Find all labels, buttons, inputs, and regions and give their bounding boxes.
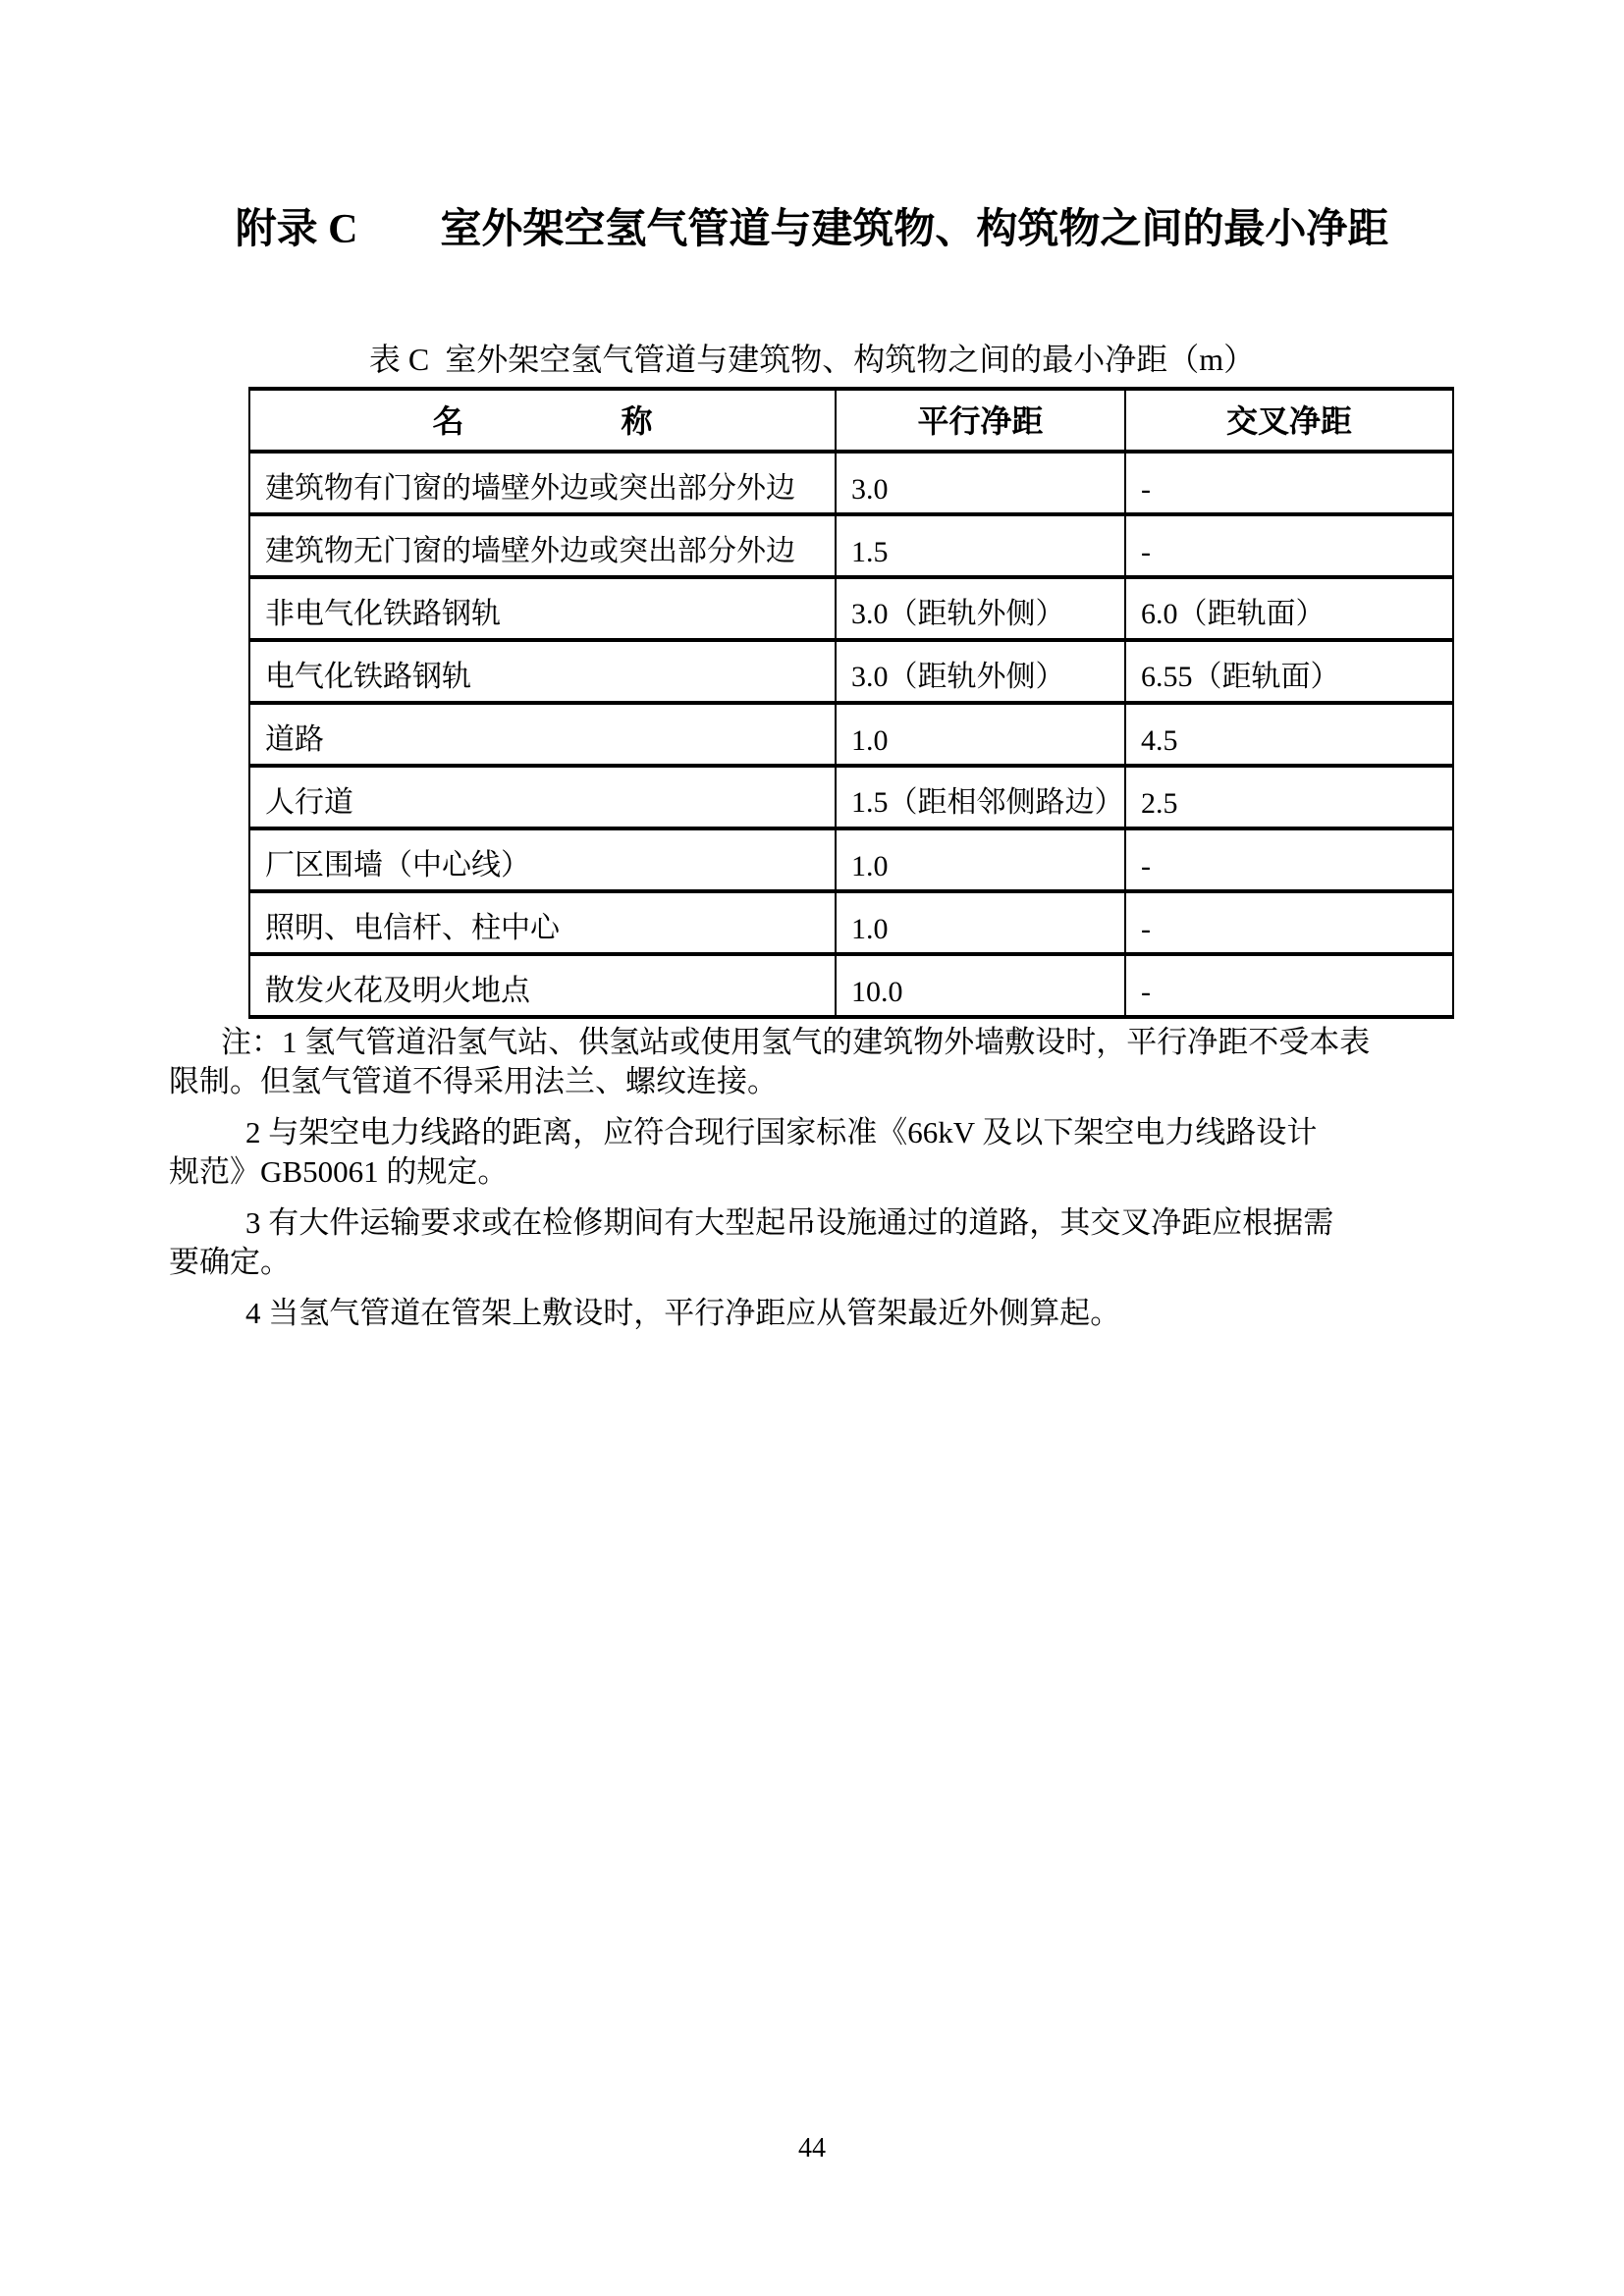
cell-name: 散发火花及明火地点	[249, 954, 836, 1017]
clearance-table: 名 称 平行净距 交叉净距 建筑物有门窗的墙壁外边或突出部分外边 3.0 - 建…	[248, 387, 1454, 1019]
col-header-name: 名 称	[249, 389, 836, 452]
table-header: 名 称 平行净距 交叉净距	[249, 389, 1453, 452]
note-2: 2 与架空电力线路的距离，应符合现行国家标准《66kV 及以下架空电力线路设计 …	[169, 1113, 1481, 1192]
page-title: 附录 C 室外架空氢气管道与建筑物、构筑物之间的最小净距	[0, 0, 1624, 252]
table-row: 照明、电信杆、柱中心 1.0 -	[249, 891, 1453, 954]
cell-parallel: 3.0（距轨外侧）	[836, 577, 1125, 640]
cell-parallel: 1.5	[836, 514, 1125, 577]
table-row: 建筑物无门窗的墙壁外边或突出部分外边 1.5 -	[249, 514, 1453, 577]
cell-parallel: 1.0	[836, 828, 1125, 891]
table-row: 建筑物有门窗的墙壁外边或突出部分外边 3.0 -	[249, 452, 1453, 514]
cell-cross: -	[1125, 891, 1453, 954]
table-row: 厂区围墙（中心线） 1.0 -	[249, 828, 1453, 891]
cell-parallel: 1.0	[836, 703, 1125, 766]
document-page: 附录 C 室外架空氢气管道与建筑物、构筑物之间的最小净距 表 C 室外架空氢气管…	[0, 0, 1624, 2296]
page-number: 44	[0, 2134, 1624, 2163]
table-row: 非电气化铁路钢轨 3.0（距轨外侧） 6.0（距轨面）	[249, 577, 1453, 640]
cell-cross: -	[1125, 828, 1453, 891]
header-row: 名 称 平行净距 交叉净距	[249, 389, 1453, 452]
table-row: 人行道 1.5（距相邻侧路边） 2.5	[249, 766, 1453, 828]
cell-cross: -	[1125, 452, 1453, 514]
note-1: 注：1 氢气管道沿氢气站、供氢站或使用氢气的建筑物外墙敷设时，平行净距不受本表 …	[169, 1023, 1481, 1101]
cell-name: 人行道	[249, 766, 836, 828]
cell-cross: 4.5	[1125, 703, 1453, 766]
cell-parallel: 10.0	[836, 954, 1125, 1017]
table-row: 电气化铁路钢轨 3.0（距轨外侧） 6.55（距轨面）	[249, 640, 1453, 703]
table-row: 散发火花及明火地点 10.0 -	[249, 954, 1453, 1017]
cell-name: 建筑物有门窗的墙壁外边或突出部分外边	[249, 452, 836, 514]
cell-name: 建筑物无门窗的墙壁外边或突出部分外边	[249, 514, 836, 577]
note-3: 3 有大件运输要求或在检修期间有大型起吊设施通过的道路，其交叉净距应根据需 要确…	[169, 1203, 1481, 1282]
cell-name: 道路	[249, 703, 836, 766]
table-caption: 表 C 室外架空氢气管道与建筑物、构筑物之间的最小净距（m）	[0, 341, 1624, 378]
cell-cross: 6.55（距轨面）	[1125, 640, 1453, 703]
cell-name: 非电气化铁路钢轨	[249, 577, 836, 640]
col-header-cross-clearance: 交叉净距	[1125, 389, 1453, 452]
cell-cross: 2.5	[1125, 766, 1453, 828]
cell-parallel: 3.0	[836, 452, 1125, 514]
cell-cross: 6.0（距轨面）	[1125, 577, 1453, 640]
cell-parallel: 1.0	[836, 891, 1125, 954]
cell-parallel: 3.0（距轨外侧）	[836, 640, 1125, 703]
cell-parallel: 1.5（距相邻侧路边）	[836, 766, 1125, 828]
cell-name: 照明、电信杆、柱中心	[249, 891, 836, 954]
cell-name: 电气化铁路钢轨	[249, 640, 836, 703]
cell-cross: -	[1125, 954, 1453, 1017]
cell-name: 厂区围墙（中心线）	[249, 828, 836, 891]
table-row: 道路 1.0 4.5	[249, 703, 1453, 766]
cell-cross: -	[1125, 514, 1453, 577]
col-header-parallel-clearance: 平行净距	[836, 389, 1125, 452]
note-4: 4 当氢气管道在管架上敷设时，平行净距应从管架最近外侧算起。	[169, 1294, 1481, 1333]
notes: 注：1 氢气管道沿氢气站、供氢站或使用氢气的建筑物外墙敷设时，平行净距不受本表 …	[169, 1023, 1481, 1333]
table-body: 建筑物有门窗的墙壁外边或突出部分外边 3.0 - 建筑物无门窗的墙壁外边或突出部…	[249, 452, 1453, 1017]
